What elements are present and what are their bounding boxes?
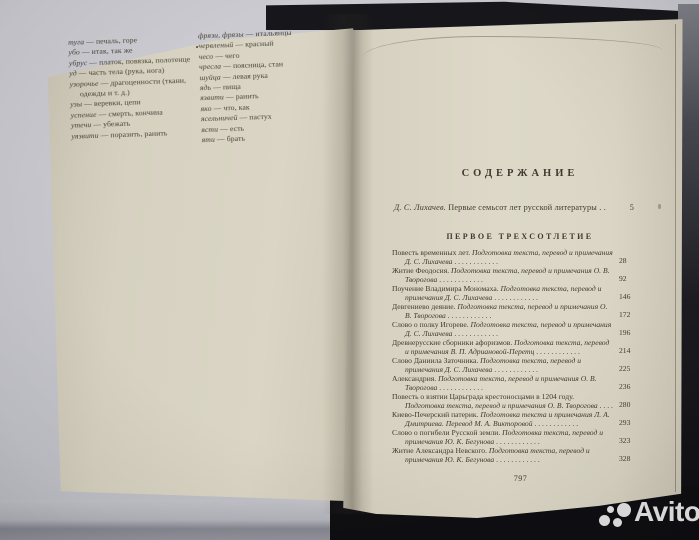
book-photo: туга — печаль, гореубо — итак, так жеубр…: [0, 0, 699, 540]
avito-logo-circle: [617, 503, 631, 517]
avito-logo-circle: [599, 515, 610, 526]
avito-watermark: Avito: [592, 498, 699, 536]
avito-logo-circle: [607, 506, 614, 513]
photo-vignette: [0, 0, 699, 540]
avito-logo-circle: [613, 518, 622, 527]
avito-watermark-text: Avito: [634, 496, 699, 528]
